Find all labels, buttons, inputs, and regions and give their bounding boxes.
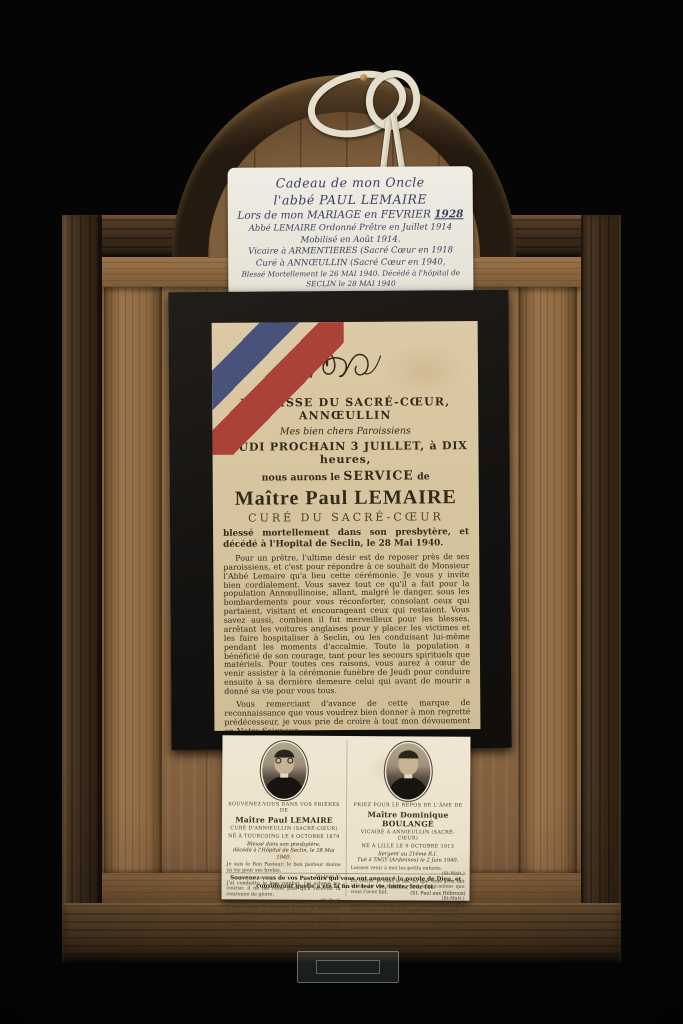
photograph-scene: Cadeau de mon Oncle l'abbé PAUL LEMAIRE … <box>0 0 683 1024</box>
portrait-collar <box>280 774 288 778</box>
card-death-1: Sergent au 21ème R.I. <box>378 851 437 857</box>
display-stand <box>297 951 399 983</box>
card-quote-source: (Bossuet) <box>226 916 340 922</box>
memorial-double-card: SOUVENEZ-VOUS DANS VOS PRIÈRES DE Maître… <box>222 735 471 901</box>
card-quote: Ô vous que j'ai aimés, souvenez-vous que… <box>350 921 464 933</box>
card-intro-line: SOUVENEZ-VOUS DANS VOS PRIÈRES DE <box>227 801 341 814</box>
service-line: nous aurons le SERVICE de <box>223 467 469 484</box>
label-year: 1928 <box>434 208 463 220</box>
deceased-name-heading: Maître Paul LEMAIRE <box>223 486 469 511</box>
frame-right-bar <box>581 215 621 963</box>
card-death-line: Sergent au 21ème R.I.Tué à TAGY (Ardenne… <box>351 851 465 865</box>
card-bottom-text: Souvenez-vous de vos Pasteurs qui vous o… <box>230 876 461 891</box>
portrait-hair <box>398 750 418 758</box>
card-role-line: VICAIRE À ANNŒULLIN (SACRÉ-CŒUR) <box>351 829 465 842</box>
funeral-notice-paper: PAROISSE DU SACRÉ-CŒUR, ANNŒULLIN Mes bi… <box>212 321 481 731</box>
label-line: Lors de mon MARIAGE en FEVRIER 1928 <box>234 207 467 224</box>
card-death-1: Blessé dans son presbytère, <box>247 841 321 847</box>
service-word: SERVICE <box>343 467 414 482</box>
portrait-cassock <box>389 777 427 799</box>
portrait-collar <box>404 774 412 778</box>
frame-left-bar <box>62 215 102 963</box>
card-intro-line: PRIEZ POUR LE REPOS DE L'ÂME DE <box>351 802 465 809</box>
memorial-card-lemaire: SOUVENEZ-VOUS DANS VOS PRIÈRES DE Maître… <box>222 735 347 878</box>
label-line: Abbé LEMAIRE Ordonné Prêtre en Juillet 1… <box>234 222 467 235</box>
card-name: Maître Dominique BOULANGÉ <box>351 810 465 829</box>
label-line: Cadeau de mon Oncle <box>234 173 467 192</box>
glasses-icon <box>275 758 293 764</box>
service-line-pre: nous aurons le <box>262 472 344 484</box>
card-bottom-verse: Souvenez-vous de vos Pasteurs qui vous o… <box>226 873 466 898</box>
card-name: Maître Paul LEMAIRE <box>227 815 341 825</box>
card-quote: Bienheureux ceux qui meurent dans le Sei… <box>226 924 340 942</box>
inner-left-board <box>104 257 162 903</box>
handwritten-label: Cadeau de mon Oncle l'abbé PAUL LEMAIRE … <box>228 166 474 298</box>
portrait-cassock <box>265 777 303 799</box>
card-born-line: NÉ À LILLE LE 9 OCTOBRE 1913 <box>351 843 465 850</box>
black-mount: PAROISSE DU SACRÉ-CŒUR, ANNŒULLIN Mes bi… <box>168 290 511 750</box>
hanging-nail <box>360 74 367 81</box>
death-circumstances-line: blessé mortellement dans son presbytère,… <box>223 527 469 551</box>
memorial-card-boulange: PRIEZ POUR LE REPOS DE L'ÂME DE Maître D… <box>346 736 471 879</box>
portrait-oval-lemaire <box>262 742 306 798</box>
card-quote: Il nous laisse le souvenir d'une vie dép… <box>226 905 340 917</box>
card-quote-source: (Apocalypse) <box>226 941 340 947</box>
card-death-2: Tué à TAGY (Ardennes) le 2 Juin 1940. <box>357 857 458 864</box>
label-line: l'abbé PAUL LEMAIRE <box>234 190 467 209</box>
card-quote-source: (L'Imitation) <box>350 933 464 939</box>
card-death-line: Blessé dans son presbytère,décédé à l'Hô… <box>227 841 341 861</box>
card-quote: Quelles journées pleines et fécondes, qu… <box>350 903 464 915</box>
portrait-hair <box>274 750 294 758</box>
label-line-text: Lors de mon MARIAGE en FEVRIER <box>237 208 431 221</box>
card-quote-source: (St-Paul) <box>226 898 340 904</box>
card-born-line: NÉ À TOURCOING LE 4 OCTOBRE 1879 <box>227 833 341 840</box>
card-role-line: CURÉ D'ANNŒULLIN (SACRÉ-CŒUR) <box>227 825 341 832</box>
notice-paragraph-1: Pour un prêtre, l'ultime désir est de re… <box>223 553 470 697</box>
portrait-oval-boulange <box>386 743 430 799</box>
tricolor-ribbon <box>212 322 345 455</box>
notice-paragraph-2: Vous remerciant d'avance de cette marque… <box>224 699 470 731</box>
display-stand-slot <box>316 960 380 974</box>
inner-right-board <box>519 257 577 903</box>
deceased-title-line: CURÉ DU SACRÉ-CŒUR <box>223 510 469 525</box>
label-line: Vicaire à ARMENTIERES (Sacré Cœur en 191… <box>234 245 467 258</box>
card-death-2: décédé à l'Hôpital de Seclin, le 28 Mai … <box>233 847 335 860</box>
service-line-post: de <box>414 471 430 482</box>
label-line: Blessé Mortellement le 26 MAI 1940. Décé… <box>234 268 467 289</box>
card-quote-source: (Mgr Picque) <box>350 914 464 920</box>
